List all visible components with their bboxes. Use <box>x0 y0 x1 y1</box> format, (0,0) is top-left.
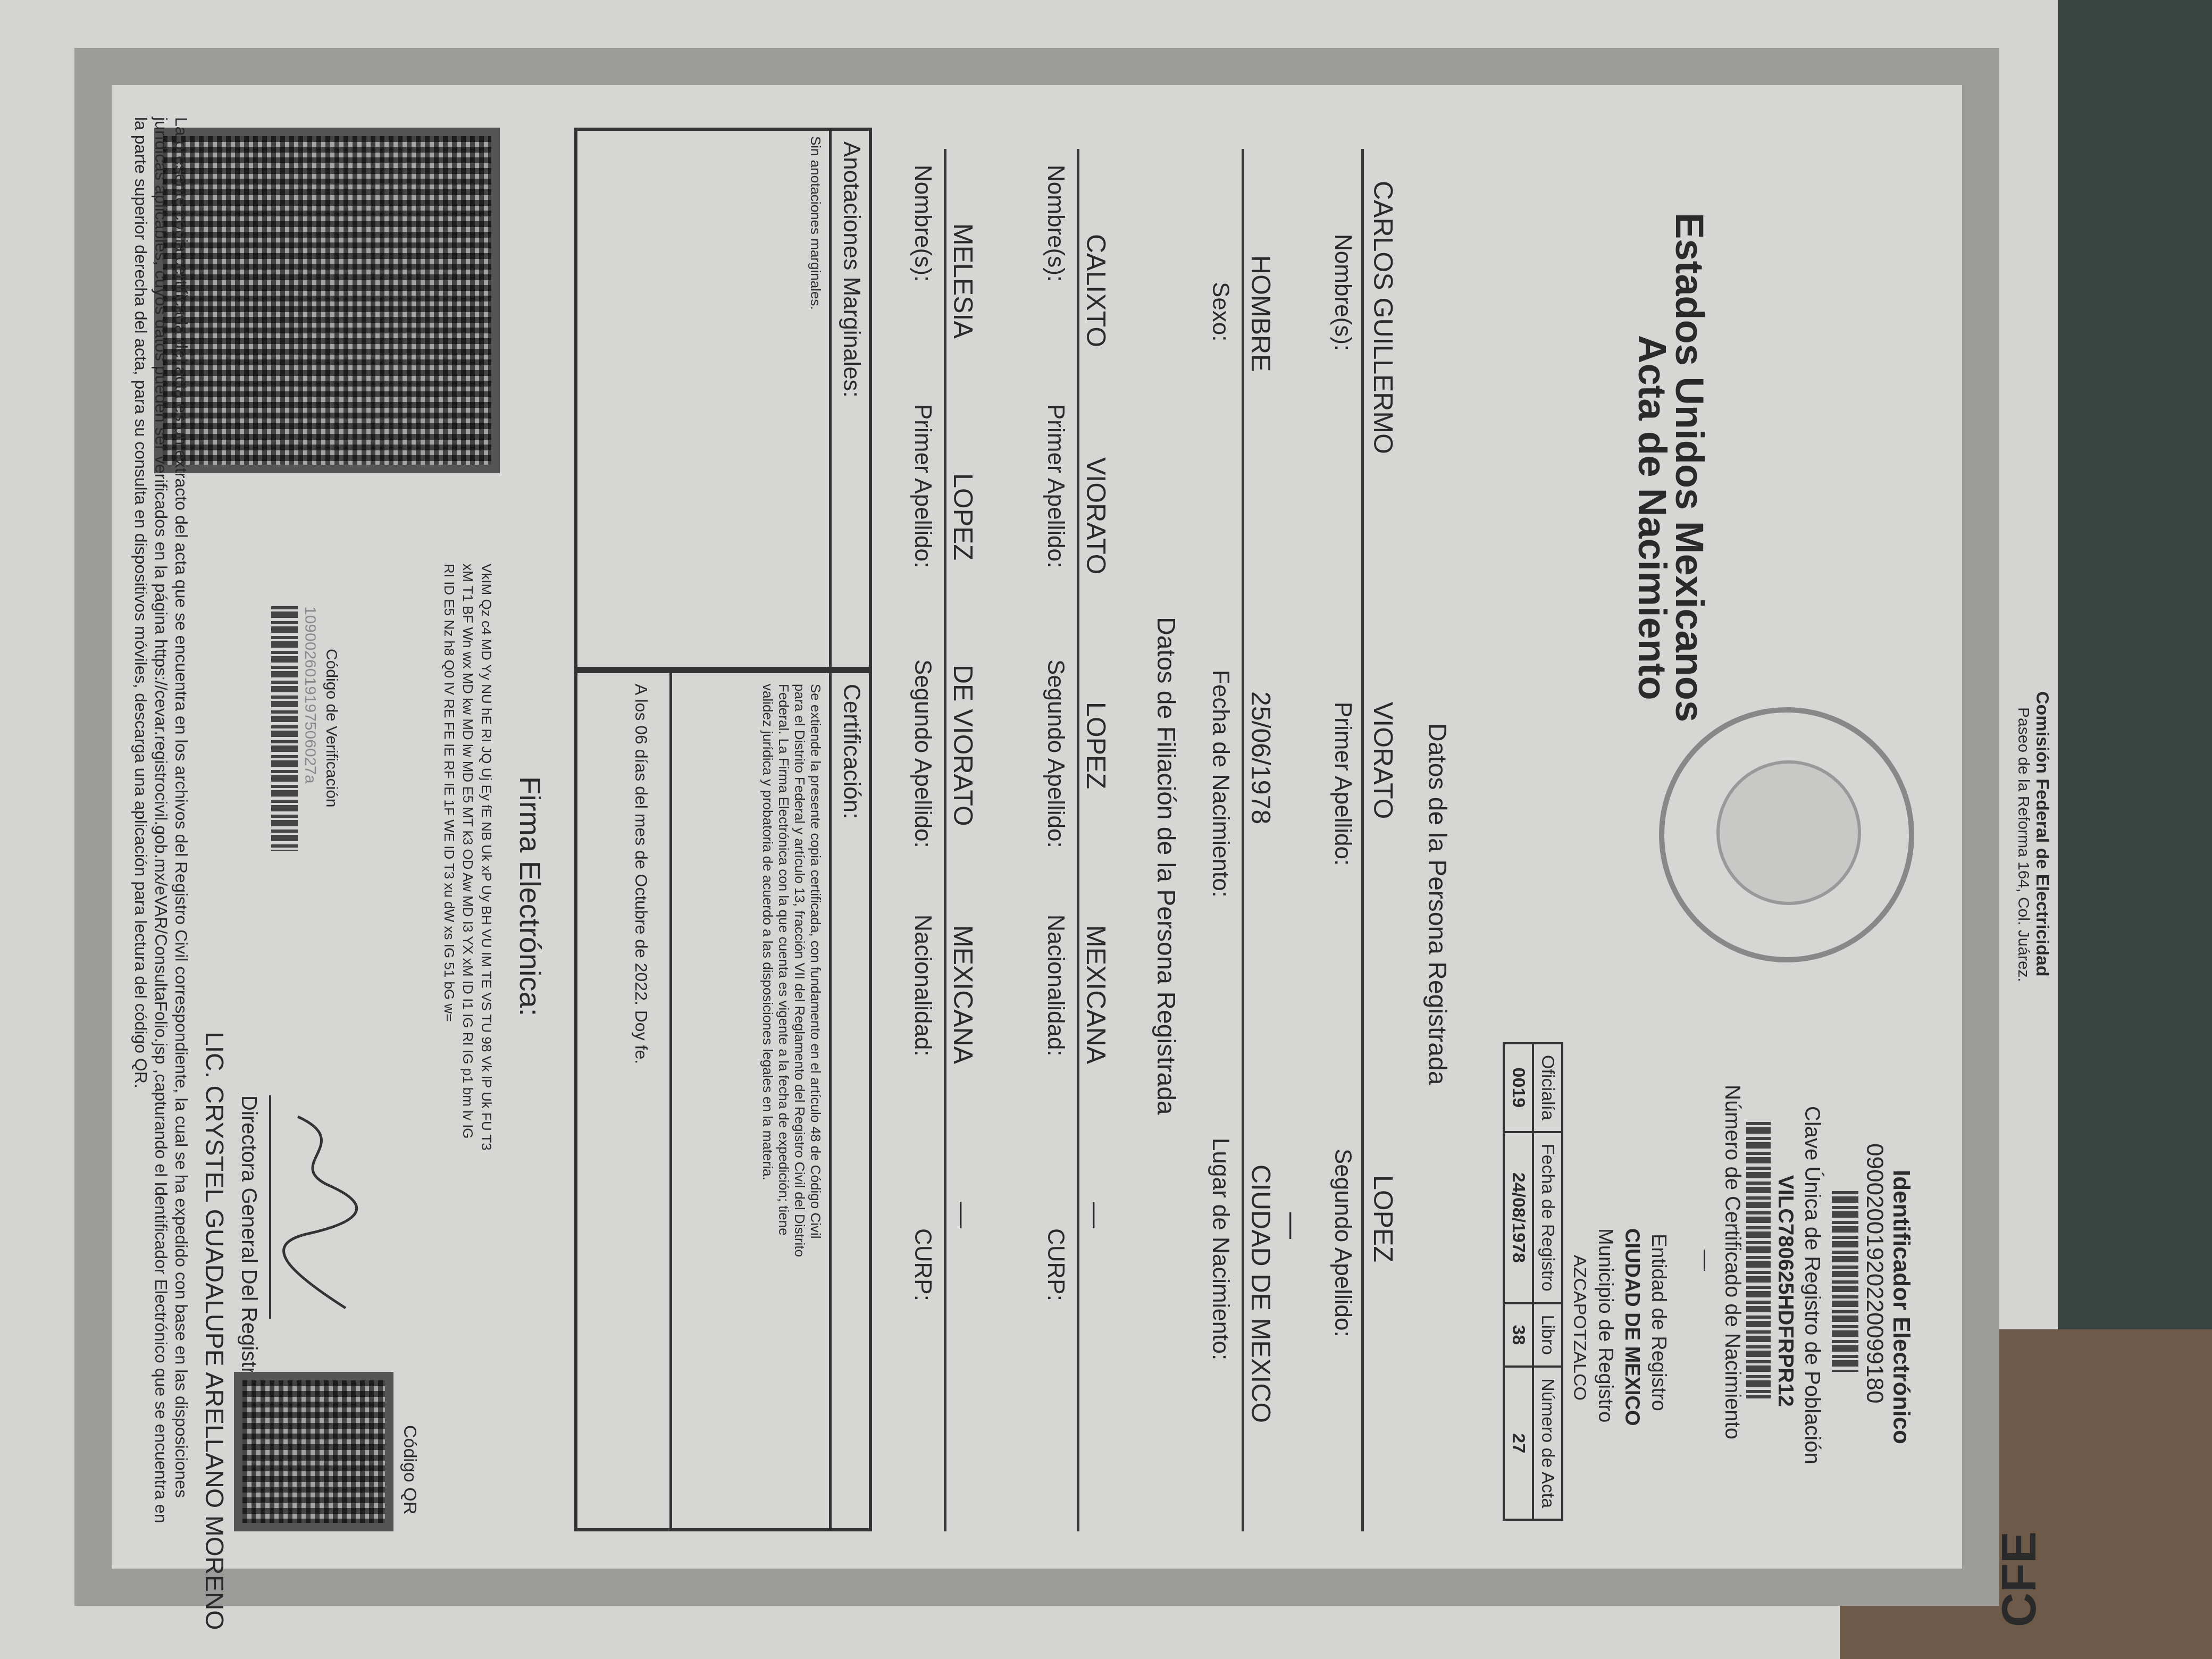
madre-curp: — <box>948 1202 978 1228</box>
persona-nombres: CARLOS GUILLERMO <box>1368 181 1398 454</box>
madre-curp-label: CURP: <box>909 1228 936 1301</box>
madre-nacionalidad: MEXICANA <box>948 925 978 1064</box>
identificador-barcode <box>1832 1191 1858 1372</box>
document-body: Estados Unidos Mexicanos Acta de Nacimie… <box>112 85 1962 1569</box>
anotaciones-box: Anotaciones Marginales: Sin anotaciones … <box>574 128 872 670</box>
municipio-label: Municipio de Registro <box>1594 1228 1616 1422</box>
padre-segundo-apellido: LOPEZ <box>1080 702 1111 789</box>
firma-hash-line-2: xM T1 BF Wn wx MD kw MD lw MD E5 MT k3 O… <box>459 564 476 1139</box>
padre-segundo-apellido-label: Segundo Apellido: <box>1042 659 1069 848</box>
registro-table-header: Oficialía Fecha de Registro Libro Número… <box>1533 1043 1562 1520</box>
certificacion-fecha: A los 06 días del mes de Octubre de 2022… <box>631 684 651 1064</box>
th-numero-acta: Número de Acta <box>1533 1367 1562 1520</box>
doc-type-title: Acta de Nacimiento <box>1630 335 1675 700</box>
qr-code-small <box>234 1372 393 1531</box>
national-seal-icon <box>1659 707 1914 962</box>
segundo-apellido-label: Segundo Apellido: <box>1329 1149 1356 1337</box>
curp-label: Clave Única de Registro de Población <box>1800 1106 1824 1464</box>
qr-code-large <box>154 128 500 473</box>
registro-table: Oficialía Fecha de Registro Libro Número… <box>1503 1042 1563 1521</box>
primer-apellido-label: Primer Apellido: <box>1329 702 1356 866</box>
firma-title: Firma Electrónica: <box>513 776 548 1016</box>
th-oficialia: Oficialía <box>1533 1043 1562 1132</box>
certificado-value: — <box>1694 1250 1717 1271</box>
letterhead-address: Paseo de la Reforma 164, Col. Juárez. <box>2014 707 2032 982</box>
divider <box>1242 149 1244 1531</box>
madre-segundo-apellido-label: Segundo Apellido: <box>909 659 936 848</box>
certificacion-box: Certificación: Se extiende la presente c… <box>574 670 872 1531</box>
signature-icon <box>269 1095 378 1319</box>
madre-nombres: MELESIA <box>948 223 978 339</box>
verificacion-barcode <box>271 606 298 851</box>
cfe-logo: CFE <box>1992 1531 2047 1627</box>
anotaciones-title: Anotaciones Marginales: <box>838 141 865 398</box>
padre-primer-apellido: VIORATO <box>1080 457 1111 574</box>
firma-hash-line-1: VkIM Qz c4 MD Yy NU hE RI JQ Uj Ey fE NB… <box>478 564 495 1151</box>
padre-curp-label: CURP: <box>1042 1228 1069 1301</box>
padre-nombres-label: Nombre(s): <box>1042 165 1069 282</box>
entidad-value: CIUDAD DE MEXICO <box>1620 1228 1643 1426</box>
identificador-value: 09002001920220099180 <box>1861 1143 1888 1403</box>
firma-nombre: LIC. CRYSTEL GUADALUPE ARELLANO MORENO <box>199 1032 229 1630</box>
td-numero-acta: 27 <box>1504 1367 1533 1520</box>
registro-table-row: 0019 24/08/1978 38 27 <box>1504 1043 1533 1520</box>
divider <box>944 149 946 1531</box>
curp-barcode <box>1746 1122 1771 1398</box>
letterhead-org: Comisión Federal de Electricidad <box>2032 691 2052 977</box>
madre-nombres-label: Nombre(s): <box>909 165 936 282</box>
certificado-label: Número de Certificado de Nacimiento <box>1720 1085 1744 1439</box>
entidad-label: Entidad de Registro <box>1647 1234 1670 1411</box>
certificacion-text: Se extiende la presente copia certificad… <box>760 684 824 1269</box>
identificador-label: Identificador Electrónico <box>1888 1170 1914 1444</box>
padre-nacionalidad-label: Nacionalidad: <box>1042 915 1069 1057</box>
certificacion-title: Certificación: <box>838 684 865 819</box>
madre-nacionalidad-label: Nacionalidad: <box>909 915 936 1057</box>
td-oficialia: 0019 <box>1504 1043 1533 1132</box>
padre-curp: — <box>1080 1202 1111 1228</box>
madre-primer-apellido-label: Primer Apellido: <box>909 404 936 568</box>
madre-primer-apellido: LOPEZ <box>948 473 978 560</box>
fecha-nac-label: Fecha de Nacimiento: <box>1207 670 1234 898</box>
nombres-label: Nombre(s): <box>1329 234 1356 351</box>
qr-label: Código QR <box>399 1425 420 1514</box>
verificacion-value: 1090026019197506027a <box>301 606 319 784</box>
th-libro: Libro <box>1533 1303 1562 1367</box>
padre-nombres: CALIXTO <box>1080 234 1111 347</box>
th-fecha-registro: Fecha de Registro <box>1533 1132 1562 1303</box>
lugar-nac-label: Lugar de Nacimiento: <box>1207 1138 1234 1360</box>
persona-segundo-apellido: LOPEZ <box>1368 1175 1398 1262</box>
birth-certificate-document: Comisión Federal de Electricidad Paseo d… <box>0 0 2058 1659</box>
padre-primer-apellido-label: Primer Apellido: <box>1042 404 1069 568</box>
municipio-value: AZCAPOTZALCO <box>1569 1255 1590 1401</box>
footer-legal-text: La presente copia certificada del acta e… <box>131 117 191 1526</box>
anotaciones-text: Sin anotaciones marginales. <box>807 136 824 310</box>
padre-nacionalidad: MEXICANA <box>1080 925 1111 1064</box>
sexo-label: Sexo: <box>1207 282 1234 342</box>
td-libro: 38 <box>1504 1303 1533 1367</box>
divider <box>1077 149 1079 1531</box>
persona-curp-dash: — <box>1277 1212 1308 1239</box>
curp-value: VILC780625HDFRPR12 <box>1773 1175 1797 1407</box>
td-fecha-registro: 24/08/1978 <box>1504 1132 1533 1303</box>
madre-segundo-apellido: DE VIORATO <box>948 665 978 826</box>
verificacion-label: Código de Verificación <box>322 649 340 808</box>
filiacion-section-title: Datos de Filiación de la Persona Registr… <box>1151 617 1180 1115</box>
persona-sexo: HOMBRE <box>1245 255 1276 372</box>
persona-primer-apellido: VIORATO <box>1368 702 1398 819</box>
firma-hash-line-3: RI ID E5 Nz h8 Q0 IV RE FE IE RF IE 1F W… <box>441 564 457 1021</box>
persona-lugar-nac: CIUDAD DE MEXICO <box>1245 1164 1276 1423</box>
divider <box>1361 149 1364 1531</box>
persona-fecha-nac: 25/06/1978 <box>1245 691 1276 824</box>
persona-section-title: Datos de la Persona Registrada <box>1422 723 1452 1085</box>
